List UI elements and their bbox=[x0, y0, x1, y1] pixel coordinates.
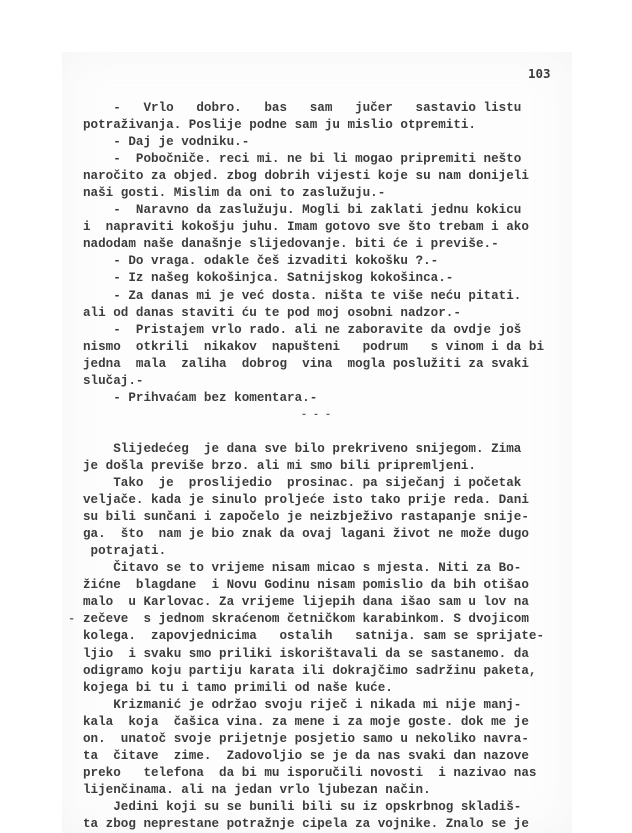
text-line: - Naravno da zaslužuju. Mogli bi zaklati… bbox=[83, 202, 561, 219]
text-line: nismo otkrili nikakov napušteni podrum s… bbox=[83, 339, 561, 356]
text-line: kala koja čašica vina. za mene i za moje… bbox=[83, 714, 561, 731]
text-line: malo u Karlovac. Za vrijeme lijepih dana… bbox=[83, 594, 561, 611]
text-line: zečeve s jednom skraćenom četničkom kara… bbox=[83, 611, 561, 628]
text-line: Krizmanić je održao svoju riječ i nikada… bbox=[83, 697, 561, 714]
text-line: slučaj.- bbox=[83, 373, 561, 390]
text-line: ali od danas staviti ću te pod moj osobn… bbox=[83, 305, 561, 322]
text-line: je došla previše brzo. ali mi smo bili p… bbox=[83, 458, 561, 475]
text-line: nadodam naše današnje slijedovanje. biti… bbox=[83, 236, 561, 253]
text-line: Čitavo se to vrijeme nisam micao s mjest… bbox=[83, 560, 561, 577]
section-separator: - - - bbox=[83, 407, 561, 424]
text-line: naši gosti. Mislim da oni to zaslužuju.- bbox=[83, 185, 561, 202]
text-line: žićne blagdane i Novu Godinu nisam pomis… bbox=[83, 577, 561, 594]
text-line: - Prihvaćam bez komentara.- bbox=[83, 390, 561, 407]
text-line: ta čitave zime. Zadovoljio se je da nas … bbox=[83, 748, 561, 765]
text-line: odigramo koju partiju karata ili dokrajč… bbox=[83, 663, 561, 680]
text-line: kojega bi tu i tamo primili od naše kuće… bbox=[83, 680, 561, 697]
text-line: ga. što nam je bio znak da ovaj lagani ž… bbox=[83, 526, 561, 543]
text-line: - Pobočniče. reci mi. ne bi li mogao pri… bbox=[83, 151, 561, 168]
text-line: - Vrlo dobro. bas sam jučer sastavio lis… bbox=[83, 100, 561, 117]
text-line: naročito za objed. zbog dobrih vijesti k… bbox=[83, 168, 561, 185]
text-line: ta zbog neprestane potražnje cipela za v… bbox=[83, 816, 561, 833]
text-line: Slijedećeg je dana sve bilo prekriveno s… bbox=[83, 441, 561, 458]
text-line: veljače. kada je sinulo proljeće isto ta… bbox=[83, 492, 561, 509]
page-number: 103 bbox=[528, 66, 551, 81]
text-line: preko telefona da bi mu isporučili novos… bbox=[83, 765, 561, 782]
text-line: lijenčinama. ali na jedan vrlo ljubezan … bbox=[83, 782, 561, 799]
text-line: - Pristajem vrlo rado. ali ne zaboravite… bbox=[83, 322, 561, 339]
text-line: - Za danas mi je već dosta. ništa te viš… bbox=[83, 288, 561, 305]
text-line: - Iz našeg kokošinjca. Satnijskog kokoši… bbox=[83, 270, 561, 287]
text-line: su bili sunčani i započelo je neizbježiv… bbox=[83, 509, 561, 526]
text-line: i napraviti kokošju juhu. Imam gotovo sv… bbox=[83, 219, 561, 236]
margin-mark: - bbox=[68, 612, 75, 626]
text-line: - Do vraga. odakle češ izvaditi kokošku … bbox=[83, 253, 561, 270]
text-line: potraživanja. Poslije podne sam ju misli… bbox=[83, 117, 561, 134]
text-line: ljio i svaku smo priliki iskorištavali d… bbox=[83, 646, 561, 663]
text-line: on. unatoč svoje prijetnje posjetio samo… bbox=[83, 731, 561, 748]
text-line: - Daj je vodniku.- bbox=[83, 134, 561, 151]
text-line bbox=[83, 424, 561, 441]
text-line: Tako je proslijedio prosinac. pa siječan… bbox=[83, 475, 561, 492]
text-line: jedna mala zaliha dobrog vina mogla posl… bbox=[83, 356, 561, 373]
text-line: Jedini koji su se bunili bili su iz opsk… bbox=[83, 799, 561, 816]
page-body-text: - Vrlo dobro. bas sam jučer sastavio lis… bbox=[83, 100, 561, 833]
text-line: potrajati. bbox=[83, 543, 561, 560]
text-line: kolega. zapovjednicima ostalih satnija. … bbox=[83, 628, 561, 645]
